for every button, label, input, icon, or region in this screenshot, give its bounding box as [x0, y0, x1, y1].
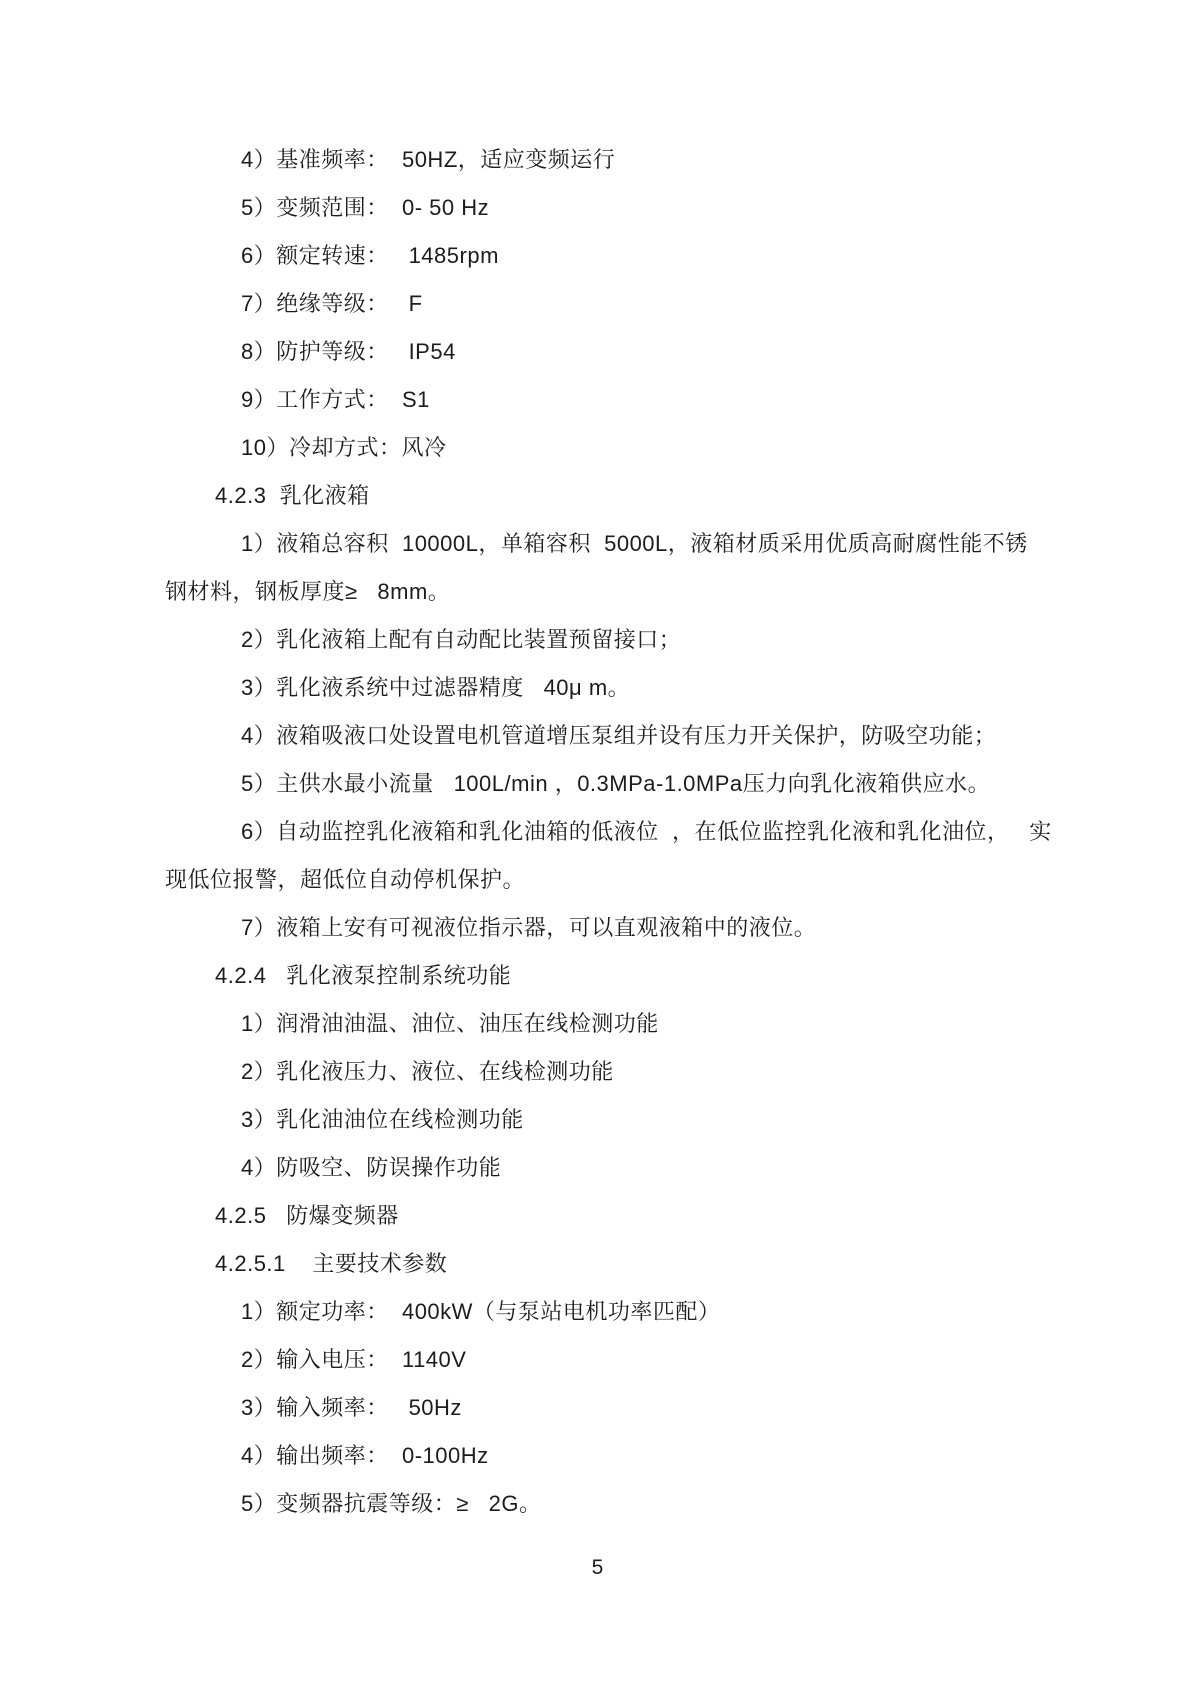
paragraph-continuation: 现低位报警，超低位自动停机保护。: [165, 856, 1065, 904]
section-heading: 4.2.5 防爆变频器: [215, 1192, 1065, 1240]
list-item: 8）防护等级： IP54: [241, 328, 1065, 376]
list-item: 6）额定转速： 1485rpm: [241, 232, 1065, 280]
list-item: 3）乳化液系统中过滤器精度 40μ m。: [241, 664, 1065, 712]
list-item: 1）润滑油油温、油位、油压在线检测功能: [241, 1000, 1065, 1048]
document-body: 4）基准频率： 50HZ，适应变频运行5）变频范围： 0- 50 Hz6）额定转…: [165, 136, 1065, 1528]
list-item: 7）绝缘等级： F: [241, 280, 1065, 328]
list-item: 5）主供水最小流量 100L/min ，0.3MPa-1.0MPa压力向乳化液箱…: [241, 760, 1065, 808]
list-item: 10）冷却方式：风冷: [241, 424, 1065, 472]
page-footer: 5: [0, 1548, 1195, 1588]
list-item: 3）输入频率： 50Hz: [241, 1384, 1065, 1432]
list-item: 7）液箱上安有可视液位指示器，可以直观液箱中的液位。: [241, 904, 1065, 952]
paragraph-continuation: 钢材料，钢板厚度≥ 8mm。: [165, 568, 1065, 616]
section-heading: 4.2.4 乳化液泵控制系统功能: [215, 952, 1065, 1000]
list-item: 5）变频范围： 0- 50 Hz: [241, 184, 1065, 232]
list-item: 1）额定功率： 400kW（与泵站电机功率匹配）: [241, 1288, 1065, 1336]
list-item: 2）乳化液压力、液位、在线检测功能: [241, 1048, 1065, 1096]
list-item: 6）自动监控乳化液箱和乳化油箱的低液位 ，在低位监控乳化液和乳化油位， 实: [241, 808, 1065, 856]
list-item: 4）防吸空、防误操作功能: [241, 1144, 1065, 1192]
list-item: 4）输出频率： 0-100Hz: [241, 1432, 1065, 1480]
section-heading: 4.2.5.1 主要技术参数: [215, 1240, 1065, 1288]
list-item: 4）液箱吸液口处设置电机管道增压泵组并设有压力开关保护，防吸空功能；: [241, 712, 1065, 760]
list-item: 1）液箱总容积 10000L，单箱容积 5000L，液箱材质采用优质高耐腐性能不…: [241, 520, 1065, 568]
list-item: 4）基准频率： 50HZ，适应变频运行: [241, 136, 1065, 184]
list-item: 2）乳化液箱上配有自动配比装置预留接口；: [241, 616, 1065, 664]
list-item: 2）输入电压： 1140V: [241, 1336, 1065, 1384]
section-heading: 4.2.3 乳化液箱: [215, 472, 1065, 520]
list-item: 9）工作方式： S1: [241, 376, 1065, 424]
page-number: 5: [592, 1556, 604, 1579]
list-item: 5）变频器抗震等级：≥ 2G。: [241, 1480, 1065, 1528]
document-page: 4）基准频率： 50HZ，适应变频运行5）变频范围： 0- 50 Hz6）额定转…: [0, 0, 1195, 1693]
list-item: 3）乳化油油位在线检测功能: [241, 1096, 1065, 1144]
